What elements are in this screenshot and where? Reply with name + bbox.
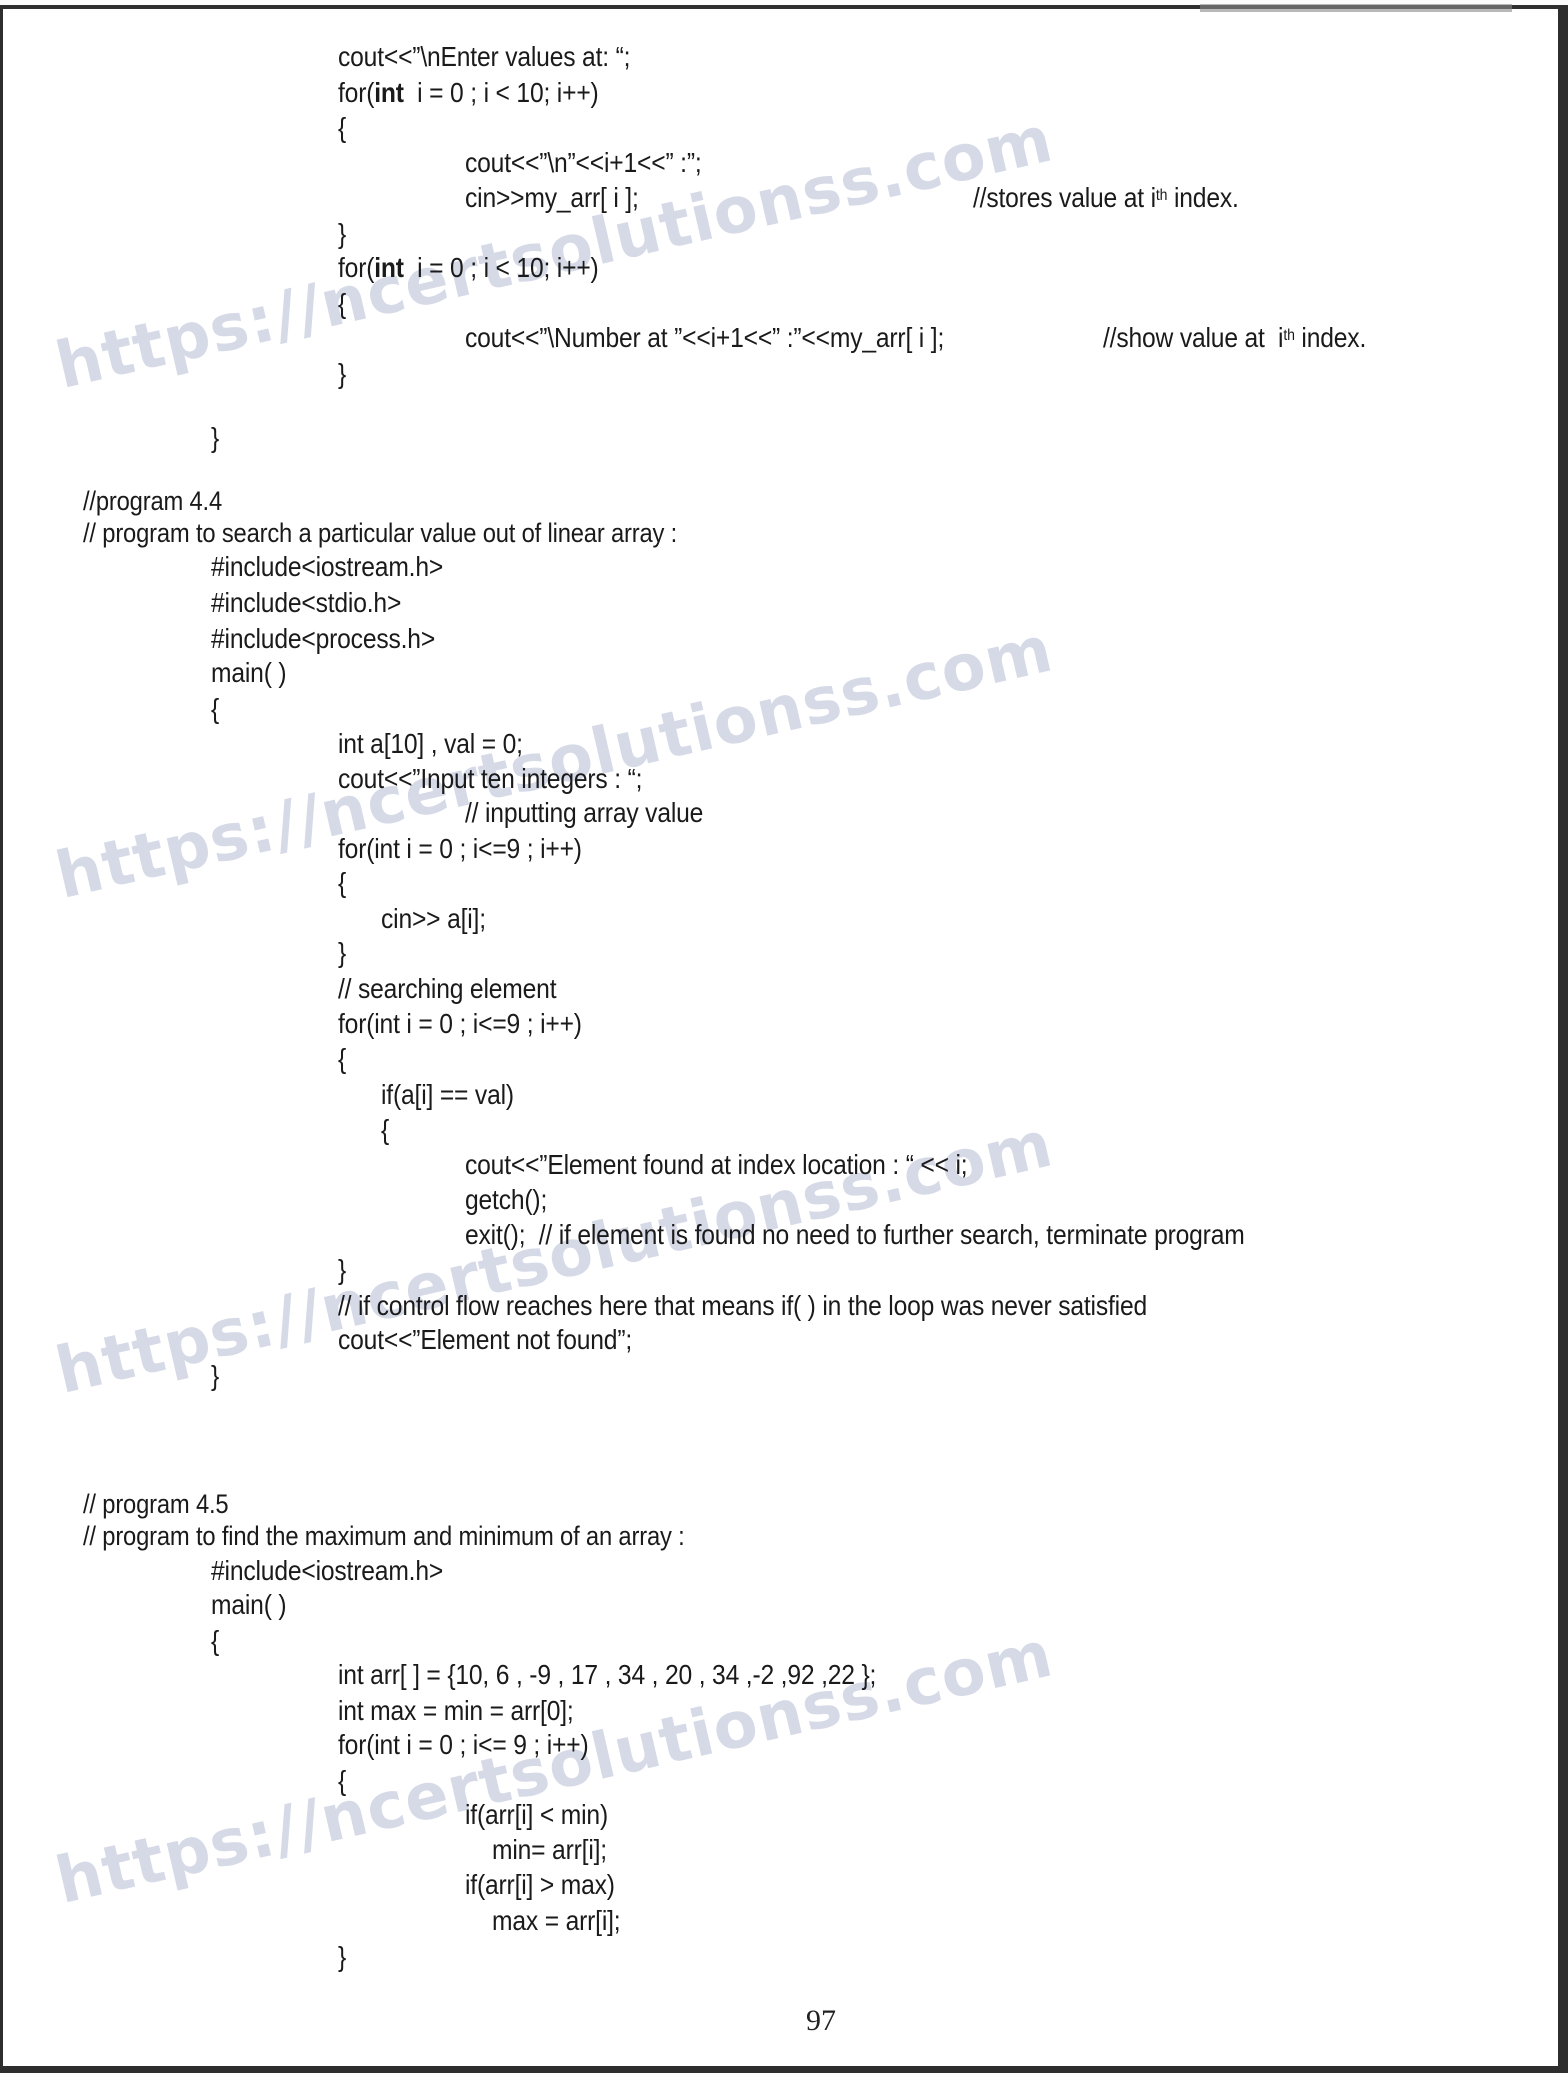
code-keyword: int (374, 77, 404, 108)
code-line: int a[10] , val = 0; (338, 727, 523, 761)
code-line: for(int i = 0 ; i < 10; i++) (338, 76, 599, 110)
code-line: cout<<”Input ten integers : “; (338, 762, 642, 796)
code-line: if(a[i] == val) (381, 1078, 514, 1112)
code-line: // if control flow reaches here that mea… (338, 1289, 1147, 1323)
code-line: #include<stdio.h> (211, 586, 401, 620)
code-line: { (338, 866, 346, 900)
comment-text: index. (1167, 182, 1238, 213)
code-line: if(arr[i] > max) (465, 1868, 615, 1902)
page-frame-bottom-border (0, 2066, 1568, 2073)
code-line: cout<<”Element found at index location :… (465, 1148, 967, 1182)
code-line: { (338, 1042, 346, 1076)
code-line: if(arr[i] < min) (465, 1798, 608, 1832)
code-line: } (338, 217, 346, 251)
page-number: 97 (806, 2004, 836, 2038)
code-line: for(int i = 0 ; i<=9 ; i++) (338, 832, 582, 866)
code-comment: //stores value at ith index. (973, 181, 1239, 215)
program-heading: //program 4.4 (83, 484, 222, 518)
program-description: // program to find the maximum and minim… (83, 1519, 685, 1553)
superscript: th (1156, 187, 1167, 204)
comment-text: //stores value at i (973, 182, 1156, 213)
code-keyword: int (374, 252, 404, 283)
code-line: max = arr[i]; (492, 1904, 620, 1938)
code-line: for(int i = 0 ; i<= 9 ; i++) (338, 1728, 588, 1762)
code-line: exit(); // if element is found no need t… (465, 1218, 1245, 1252)
code-line: } (338, 1253, 346, 1287)
program-description: // program to search a particular value … (83, 516, 677, 550)
code-line: cout<<”\n”<<i+1<<” :”; (465, 146, 702, 180)
code-line: int arr[ ] = {10, 6 , -9 , 17 , 34 , 20 … (338, 1658, 876, 1692)
code-line: // inputting array value (465, 796, 703, 830)
page-frame-right-border (1558, 5, 1568, 2073)
page-tab-marker (1200, 4, 1512, 12)
code-line: // searching element (338, 972, 556, 1006)
code-text: i = 0 ; i < 10; i++) (404, 77, 599, 108)
code-line: main( ) (211, 1588, 286, 1622)
code-line: cin>>my_arr[ i ]; (465, 181, 639, 215)
code-line: } (211, 1359, 219, 1393)
code-text: for( (338, 252, 374, 283)
code-line: for(int i = 0 ; i<=9 ; i++) (338, 1007, 582, 1041)
code-text: i = 0 ; i < 10; i++) (404, 252, 599, 283)
code-line: { (381, 1113, 389, 1147)
superscript: th (1283, 327, 1294, 344)
code-line: } (338, 1940, 346, 1974)
code-comment: //show value at ith index. (1103, 321, 1366, 355)
code-line: } (338, 936, 346, 970)
program-heading: // program 4.5 (83, 1487, 228, 1521)
code-line: cout<<”\nEnter values at: “; (338, 40, 630, 74)
code-line: { (338, 111, 346, 145)
code-line: { (211, 692, 219, 726)
code-line: main( ) (211, 656, 286, 690)
code-line: for(int i = 0 ; i < 10; i++) (338, 251, 599, 285)
code-line: { (338, 1764, 346, 1798)
code-line: } (338, 357, 346, 391)
code-line: { (211, 1624, 219, 1658)
code-line: cin>> a[i]; (381, 902, 486, 936)
code-line: int max = min = arr[0]; (338, 1694, 574, 1728)
code-line: { (338, 287, 346, 321)
code-line: cout<<”\Number at ”<<i+1<<” :”<<my_arr[ … (465, 321, 944, 355)
code-line: getch(); (465, 1183, 547, 1217)
code-line: #include<process.h> (211, 622, 435, 656)
code-line: cout<<”Element not found”; (338, 1323, 632, 1357)
code-line: #include<iostream.h> (211, 1554, 443, 1588)
page-frame-left-border (0, 5, 3, 2073)
comment-text: index. (1295, 322, 1366, 353)
code-line: min= arr[i]; (492, 1833, 607, 1867)
code-text: for( (338, 77, 374, 108)
code-line: } (211, 421, 219, 455)
code-line: #include<iostream.h> (211, 550, 443, 584)
comment-text: //show value at i (1103, 322, 1283, 353)
